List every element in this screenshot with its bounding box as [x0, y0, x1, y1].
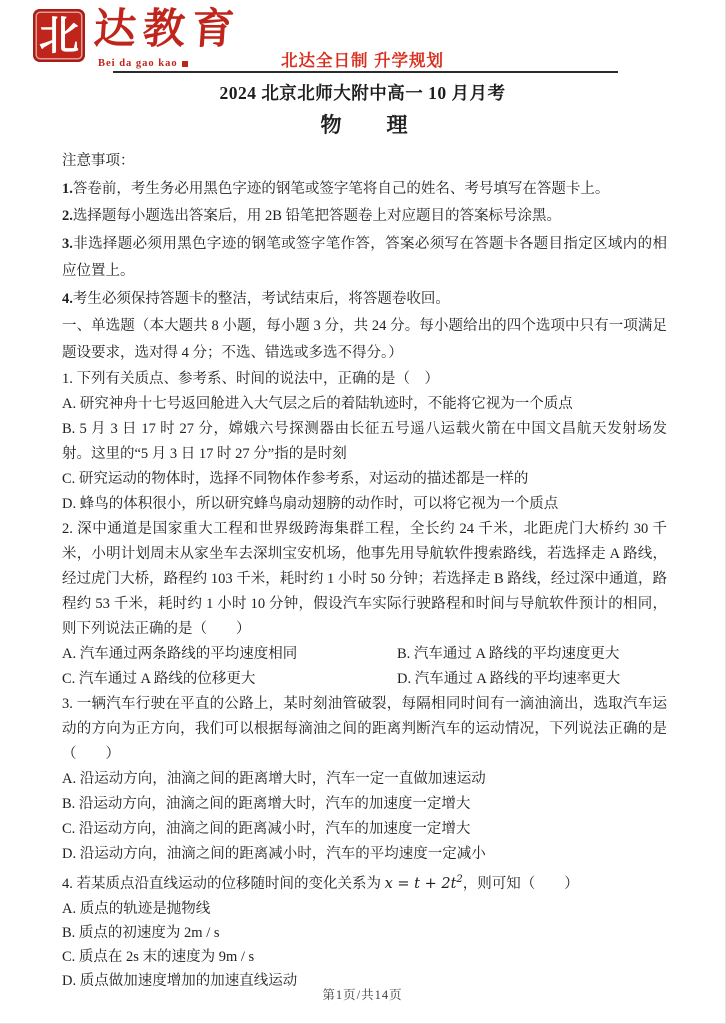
option: A. 研究神舟十七号返回舱进入大气层之后的着陆轨迹时，不能将它视为一个质点 — [62, 392, 667, 417]
exam-title: 2024 北京北师大附中高一 10 月月考 — [0, 80, 725, 105]
option: A. 质点的轨迹是抛物线 — [62, 897, 667, 921]
notice-item: 1.答卷前，考生务必用黑色字迹的钢笔或签字笔将自己的姓名、考号填写在答题卡上。 — [62, 176, 667, 204]
question-3: 3. 一辆汽车行驶在平直的公路上，某时刻油管破裂，每隔相同时间有一滴油滴出，选取… — [62, 692, 667, 867]
options-list: A. 质点的轨迹是抛物线 B. 质点的初速度为 2m / s C. 质点在 2s… — [62, 897, 667, 993]
notice-item: 3.非选择题必须用黑色字迹的钢笔或签字笔作答，答案必须写在答题卡各题目指定区域内… — [62, 231, 667, 286]
question-4: 4. 若某质点沿直线运动的位移随时间的变化关系为 x = t + 2t2，则可知… — [62, 867, 667, 993]
question-1: 1. 下列有关质点、参考系、时间的说法中，正确的是（ ） A. 研究神舟十七号返… — [62, 367, 667, 517]
stem-text-before: 4. 若某质点沿直线运动的位移随时间的变化关系为 — [62, 876, 385, 892]
notice-item-text: 选择题每小题选出答案后，用 2B 铅笔把答题卷上对应题目的答案标号涂黑。 — [73, 208, 561, 224]
displacement-formula: x = t + 2t2 — [385, 876, 463, 892]
option: C. 质点在 2s 末的速度为 9m / s — [62, 945, 667, 969]
header: 北 达教育 Bei da gao kao 北达全日制 升学规划 2024 北京北… — [0, 0, 725, 110]
option: C. 研究运动的物体时，选择不同物体作参考系，对运动的描述都是一样的 — [62, 467, 667, 492]
slogan: 北达全日制 升学规划 — [0, 47, 725, 71]
option: D. 沿运动方向，油滴之间的距离减小时，汽车的平均速度一定减小 — [62, 842, 667, 867]
content: 物 理 注意事项： 1.答卷前，考生务必用黑色字迹的钢笔或签字笔将自己的姓名、考… — [0, 110, 725, 993]
stem-text-after: ，则可知（ ） — [463, 876, 579, 892]
options-grid: A. 汽车通过两条路线的平均速度相同 B. 汽车通过 A 路线的平均速度更大 C… — [62, 642, 667, 692]
notice-item-number: 3. — [62, 236, 73, 252]
notice-heading: 注意事项： — [62, 148, 667, 176]
question-stem: 3. 一辆汽车行驶在平直的公路上，某时刻油管破裂，每隔相同时间有一滴油滴出，选取… — [62, 692, 667, 767]
notice-item-number: 4. — [62, 291, 73, 307]
header-divider — [113, 71, 618, 73]
notice-item: 2.选择题每小题选出答案后，用 2B 铅笔把答题卷上对应题目的答案标号涂黑。 — [62, 203, 667, 231]
notice-item-text: 答卷前，考生务必用黑色字迹的钢笔或签字笔将自己的姓名、考号填写在答题卡上。 — [73, 181, 610, 197]
question-stem: 1. 下列有关质点、参考系、时间的说法中，正确的是（ ） — [62, 367, 667, 392]
formula-base: x = t + 2t — [385, 876, 457, 892]
subject-title: 物 理 — [62, 110, 667, 140]
notice-item-number: 1. — [62, 181, 73, 197]
page-number: 第1页/共14页 — [0, 985, 725, 1003]
option: B. 质点的初速度为 2m / s — [62, 921, 667, 945]
question-stem: 4. 若某质点沿直线运动的位移随时间的变化关系为 x = t + 2t2，则可知… — [62, 867, 667, 897]
option: C. 汽车通过 A 路线的位移更大 — [62, 667, 397, 692]
exam-paper-page: 北 达教育 Bei da gao kao 北达全日制 升学规划 2024 北京北… — [0, 0, 726, 1024]
option: C. 沿运动方向，油滴之间的距离减小时，汽车的加速度一定增大 — [62, 817, 667, 842]
notice-item-number: 2. — [62, 208, 73, 224]
option: A. 汽车通过两条路线的平均速度相同 — [62, 642, 397, 667]
brand-calligraphy: 达教育 — [92, 6, 242, 52]
question-stem: 2. 深中通道是国家重大工程和世界级跨海集群工程，全长约 24 千米，北距虎门大… — [62, 517, 667, 642]
option: D. 蜂鸟的体积很小，所以研究蜂鸟扇动翅膀的动作时，可以将它视为一个质点 — [62, 492, 667, 517]
option: B. 汽车通过 A 路线的平均速度更大 — [397, 642, 667, 667]
option: A. 沿运动方向，油滴之间的距离增大时，汽车一定一直做加速运动 — [62, 767, 667, 792]
notice-item-text: 考生必须保持答题卡的整洁，考试结束后，将答题卷收回。 — [73, 291, 450, 307]
question-2: 2. 深中通道是国家重大工程和世界级跨海集群工程，全长约 24 千米，北距虎门大… — [62, 517, 667, 692]
option: D. 汽车通过 A 路线的平均速率更大 — [397, 667, 667, 692]
notice-item: 4.考生必须保持答题卡的整洁，考试结束后，将答题卷收回。 — [62, 286, 667, 314]
notice-section: 注意事项： 1.答卷前，考生务必用黑色字迹的钢笔或签字笔将自己的姓名、考号填写在… — [62, 148, 667, 313]
option: B. 5 月 3 日 17 时 27 分，嫦娥六号探测器由长征五号遥八运载火箭在… — [62, 417, 667, 467]
section-heading: 一、单选题（本大题共 8 小题，每小题 3 分，共 24 分。每小题给出的四个选… — [62, 313, 667, 367]
notice-item-text: 非选择题必须用黑色字迹的钢笔或签字笔作答，答案必须写在答题卡各题目指定区域内的相… — [62, 236, 667, 280]
option: B. 沿运动方向，油滴之间的距离增大时，汽车的加速度一定增大 — [62, 792, 667, 817]
